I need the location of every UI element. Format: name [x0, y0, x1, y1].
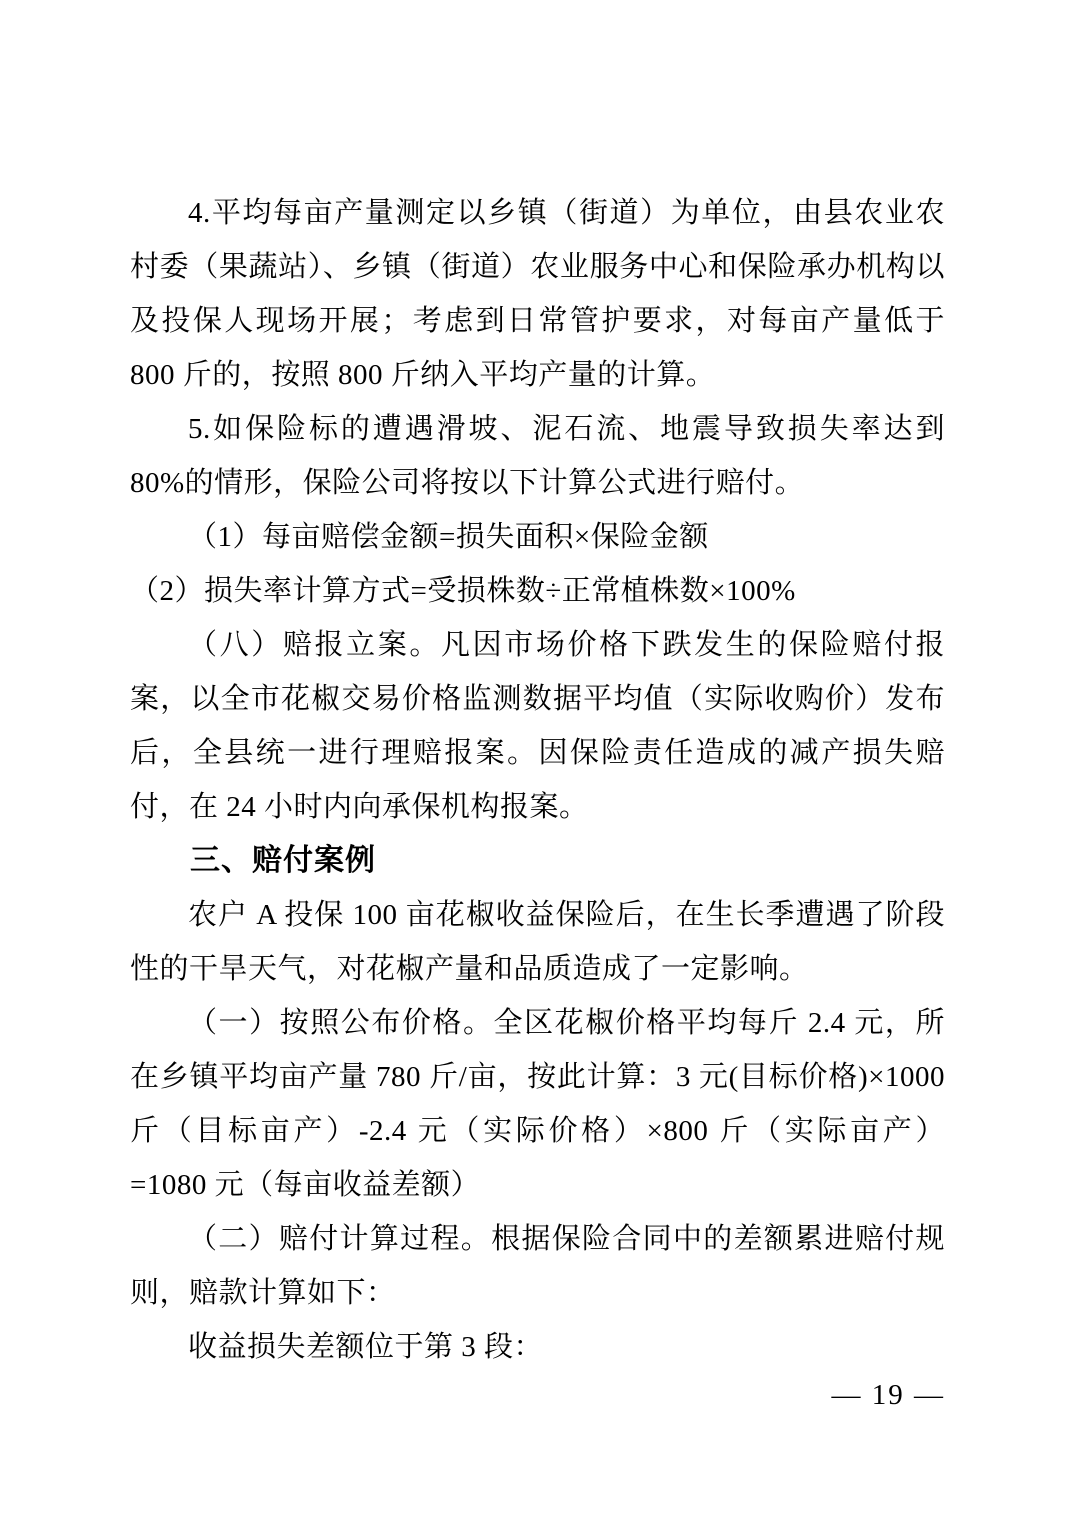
paragraph-disaster-loss-rule: 5.如保险标的遭遇滑坡、泥石流、地震导致损失率达到 80%的情形，保险公司将按以…: [130, 402, 945, 510]
page-number: — 19 —: [130, 1368, 945, 1422]
document-page: 4.平均每亩产量测定以乡镇（街道）为单位，由县农业农村委（果蔬站）、乡镇（街道）…: [0, 0, 1074, 1520]
formula-line-compensation-per-mu: （1）每亩赔偿金额=损失面积×保险金额: [130, 510, 945, 564]
paragraph-farmer-case-intro: 农户 A 投保 100 亩花椒收益保险后，在生长季遭遇了阶段性的干旱天气，对花椒…: [130, 888, 945, 996]
paragraph-claim-filing: （八）赔报立案。凡因市场价格下跌发生的保险赔付报案，以全市花椒交易价格监测数据平…: [130, 618, 945, 834]
paragraph-loss-band-label: 收益损失差额位于第 3 段：: [130, 1320, 945, 1374]
document-body: 4.平均每亩产量测定以乡镇（街道）为单位，由县农业农村委（果蔬站）、乡镇（街道）…: [130, 186, 945, 1374]
paragraph-payout-calc-process: （二）赔付计算过程。根据保险合同中的差额累进赔付规则，赔款计算如下：: [130, 1212, 945, 1320]
paragraph-avg-yield-measurement: 4.平均每亩产量测定以乡镇（街道）为单位，由县农业农村委（果蔬站）、乡镇（街道）…: [130, 186, 945, 402]
section-heading-compensation-case: 三、赔付案例: [130, 834, 945, 888]
formula-line-loss-rate: （2）损失率计算方式=受损株数÷正常植株数×100%: [130, 564, 945, 618]
paragraph-published-price-calc: （一）按照公布价格。全区花椒价格平均每斤 2.4 元，所在乡镇平均亩产量 780…: [130, 996, 945, 1212]
